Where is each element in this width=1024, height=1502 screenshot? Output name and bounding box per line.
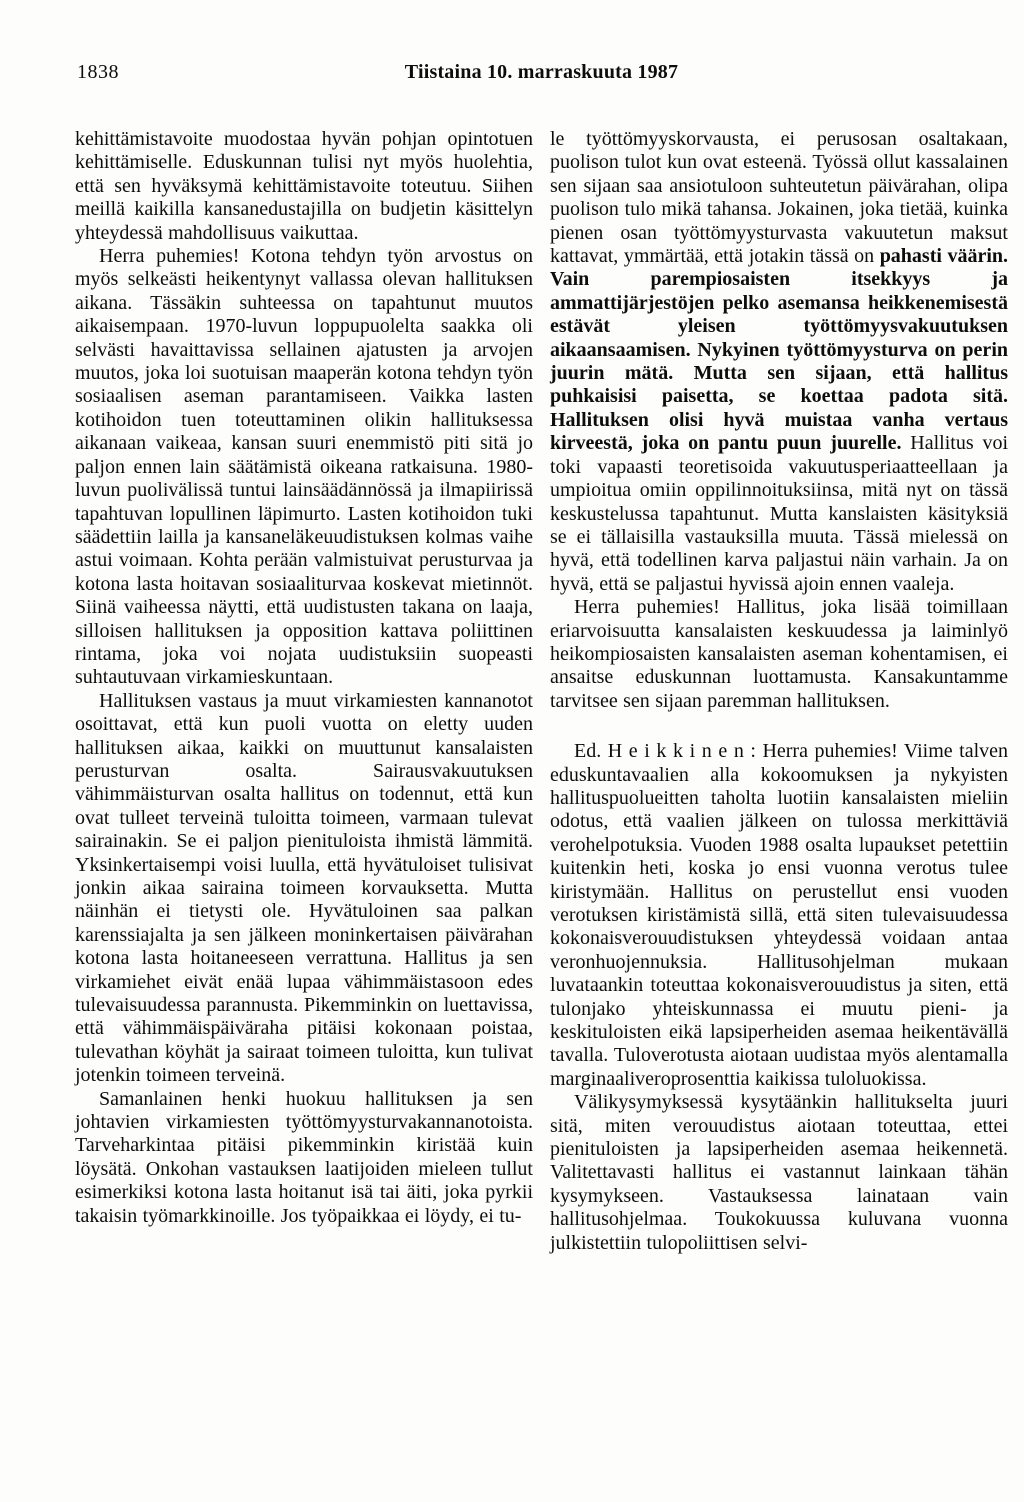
- paragraph: kehittämistavoite muodostaa hyvän pohjan…: [75, 128, 533, 245]
- left-column: kehittämistavoite muodostaa hyvän pohjan…: [75, 128, 533, 1255]
- text-run: Herra puhemies! Kotona tehdyn työn arvos…: [75, 245, 533, 688]
- text-run: pahasti väärin. Vain parempiosaisten its…: [550, 245, 1008, 454]
- text-run: Samanlainen henki huokuu hallituksen ja …: [75, 1088, 533, 1227]
- page-number: 1838: [77, 60, 119, 84]
- text-run: Hallitus voi toki vapaasti teoretisoida …: [550, 432, 1008, 594]
- paragraph: Hallituksen vastaus ja muut virkamiesten…: [75, 690, 533, 1088]
- text-run: Välikysymyksessä kysytäänkin hallituksel…: [550, 1091, 1008, 1253]
- paragraph: Herra puhemies! Hallitus, joka lisää toi…: [550, 596, 1008, 713]
- speaker-name: Heikkinen: [608, 740, 751, 762]
- text-run: Hallituksen vastaus ja muut virkamiesten…: [75, 690, 533, 1087]
- text-run: kehittämistavoite muodostaa hyvän pohjan…: [75, 128, 533, 244]
- text-run: : Herra puhemies! Viime talven eduskunta…: [550, 740, 1008, 1090]
- paragraph: Ed. Heikkinen: Herra puhemies! Viime tal…: [550, 740, 1008, 1091]
- paragraph: Samanlainen henki huokuu hallituksen ja …: [75, 1088, 533, 1228]
- text-run: Ed.: [574, 740, 608, 762]
- paragraph: le työttömyyskorvausta, ei perusosan osa…: [550, 128, 1008, 596]
- text-run: Herra puhemies! Hallitus, joka lisää toi…: [550, 596, 1008, 712]
- header-title: Tiistaina 10. marraskuuta 1987: [405, 61, 678, 83]
- paragraph: Herra puhemies! Kotona tehdyn työn arvos…: [75, 245, 533, 690]
- right-column: le työttömyyskorvausta, ei perusosan osa…: [550, 128, 1008, 1255]
- page-header: 1838 Tiistaina 10. marraskuuta 1987: [75, 60, 1008, 84]
- document-page: 1838 Tiistaina 10. marraskuuta 1987 kehi…: [0, 0, 1024, 1502]
- two-column-text-block: kehittämistavoite muodostaa hyvän pohjan…: [75, 128, 1008, 1255]
- paragraph: Välikysymyksessä kysytäänkin hallituksel…: [550, 1091, 1008, 1255]
